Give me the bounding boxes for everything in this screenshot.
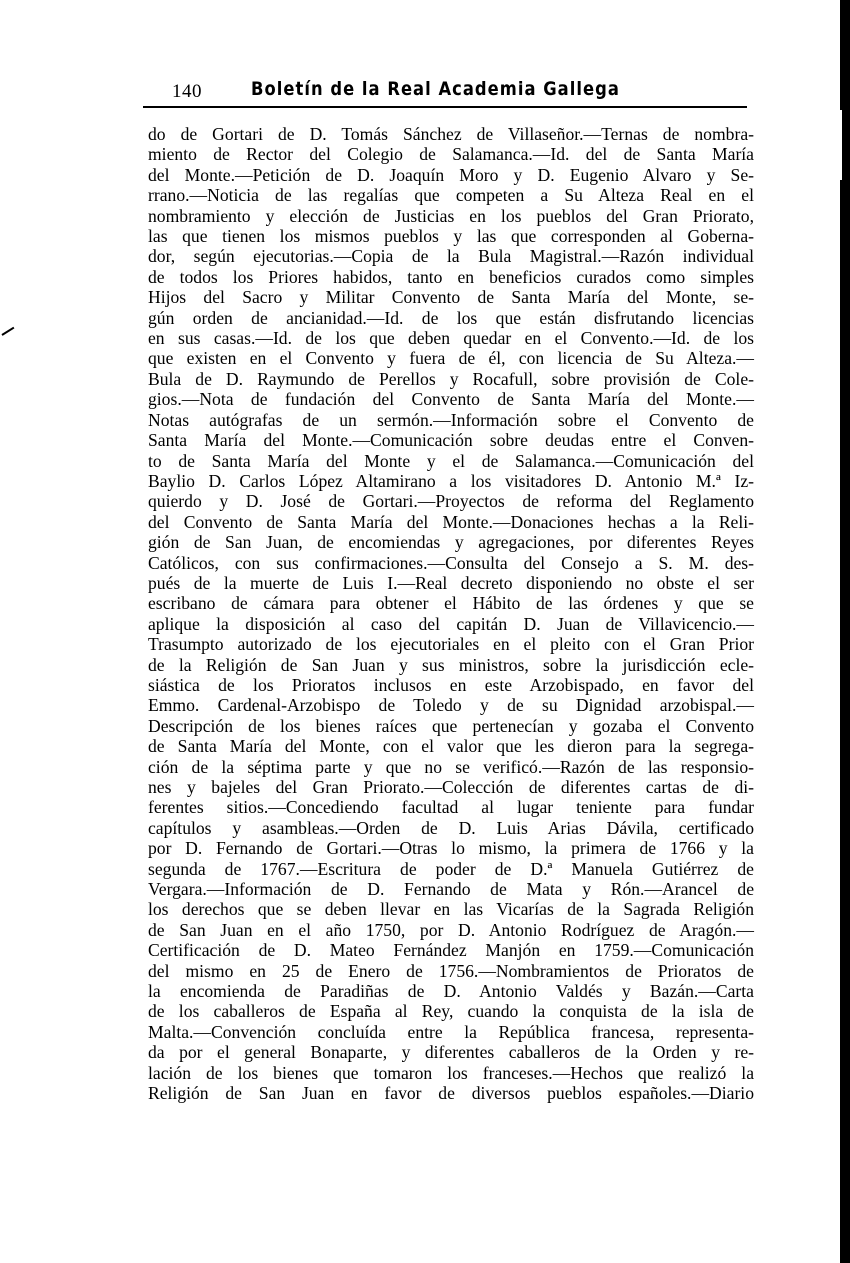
text-line: Emmo. Cardenal-Arzobispo de Toledo y de …: [148, 695, 754, 715]
text-line: quierdo y D. José de Gortari.—Proyectos …: [148, 491, 754, 511]
text-line: aplique la disposición al caso del capit…: [148, 614, 754, 634]
text-line: de los caballeros de España al Rey, cuan…: [148, 1001, 754, 1021]
text-line: dor, según ejecutorias.—Copia de la Bula…: [148, 246, 754, 266]
running-head: 140 Boletín de la Real Academia Gallega: [143, 78, 746, 106]
text-line: da por el general Bonaparte, y diferente…: [148, 1042, 754, 1062]
text-line: gún orden de ancianidad.—Id. de los que …: [148, 308, 754, 328]
text-line: escribano de cámara para obtener el Hábi…: [148, 593, 754, 613]
scan-edge-gap: [838, 110, 842, 180]
body-text: do de Gortari de D. Tomás Sánchez de Vil…: [148, 124, 754, 1104]
text-line: del Convento de Santa María del Monte.—D…: [148, 512, 754, 532]
margin-pencil-mark: [1, 327, 14, 336]
text-line: las que tienen los mismos pueblos y las …: [148, 226, 754, 246]
journal-title: Boletín de la Real Academia Gallega: [251, 78, 620, 100]
text-line: en sus casas.—Id. de los que deben queda…: [148, 328, 754, 348]
text-line: Malta.—Convención concluída entre la Rep…: [148, 1022, 754, 1042]
text-line: Notas autógrafas de un sermón.—Informaci…: [148, 410, 754, 430]
text-line: Baylio D. Carlos López Altamirano a los …: [148, 471, 754, 491]
text-line: Religión de San Juan en favor de diverso…: [148, 1083, 754, 1103]
text-line: lación de los bienes que tomaron los fra…: [148, 1063, 754, 1083]
page-number: 140: [172, 81, 202, 103]
text-line: Católicos, con sus confirmaciones.—Consu…: [148, 553, 754, 573]
text-line: Vergara.—Información de D. Fernando de M…: [148, 879, 754, 899]
text-line: los derechos que se deben llevar en las …: [148, 899, 754, 919]
text-line: Hijos del Sacro y Militar Convento de Sa…: [148, 287, 754, 307]
text-line: rrano.—Noticia de las regalías que compe…: [148, 185, 754, 205]
text-line: siástica de los Prioratos inclusos en es…: [148, 675, 754, 695]
text-line: Certificación de D. Mateo Fernández Manj…: [148, 940, 754, 960]
text-line: por D. Fernando de Gortari.—Otras lo mis…: [148, 838, 754, 858]
text-line: que existen en el Convento y fuera de él…: [148, 348, 754, 368]
text-line: la encomienda de Paradiñas de D. Antonio…: [148, 981, 754, 1001]
text-line: nombramiento y elección de Justicias en …: [148, 206, 754, 226]
text-line: ferentes sitios.—Concediendo facultad al…: [148, 797, 754, 817]
text-line: segunda de 1767.—Escritura de poder de D…: [148, 859, 754, 879]
text-line: del Monte.—Petición de D. Joaquín Moro y…: [148, 165, 754, 185]
text-line: gión de San Juan, de encomiendas y agreg…: [148, 532, 754, 552]
text-line: ción de la séptima parte y que no se ver…: [148, 757, 754, 777]
text-line: de San Juan en el año 1750, por D. Anton…: [148, 920, 754, 940]
text-line: de todos los Priores habidos, tanto en b…: [148, 267, 754, 287]
text-line: nes y bajeles del Gran Priorato.—Colecci…: [148, 777, 754, 797]
text-line: gios.—Nota de fundación del Convento de …: [148, 389, 754, 409]
text-line: do de Gortari de D. Tomás Sánchez de Vil…: [148, 124, 754, 144]
text-line: Descripción de los bienes raíces que per…: [148, 716, 754, 736]
text-line: pués de la muerte de Luis I.—Real decret…: [148, 573, 754, 593]
text-line: del mismo en 25 de Enero de 1756.—Nombra…: [148, 961, 754, 981]
text-line: Santa María del Monte.—Comunicación sobr…: [148, 430, 754, 450]
text-line: de la Religión de San Juan y sus ministr…: [148, 655, 754, 675]
header-rule: [143, 106, 747, 108]
scan-edge-border: [840, 0, 850, 1263]
text-line: miento de Rector del Colegio de Salamanc…: [148, 144, 754, 164]
scanned-page: 140 Boletín de la Real Academia Gallega …: [0, 0, 850, 1263]
text-line: capítulos y asambleas.—Orden de D. Luis …: [148, 818, 754, 838]
text-line: Trasumpto autorizado de los ejecutoriale…: [148, 634, 754, 654]
text-line: to de Santa María del Monte y el de Sala…: [148, 451, 754, 471]
text-line: de Santa María del Monte, con el valor q…: [148, 736, 754, 756]
text-line: Bula de D. Raymundo de Perellos y Rocafu…: [148, 369, 754, 389]
